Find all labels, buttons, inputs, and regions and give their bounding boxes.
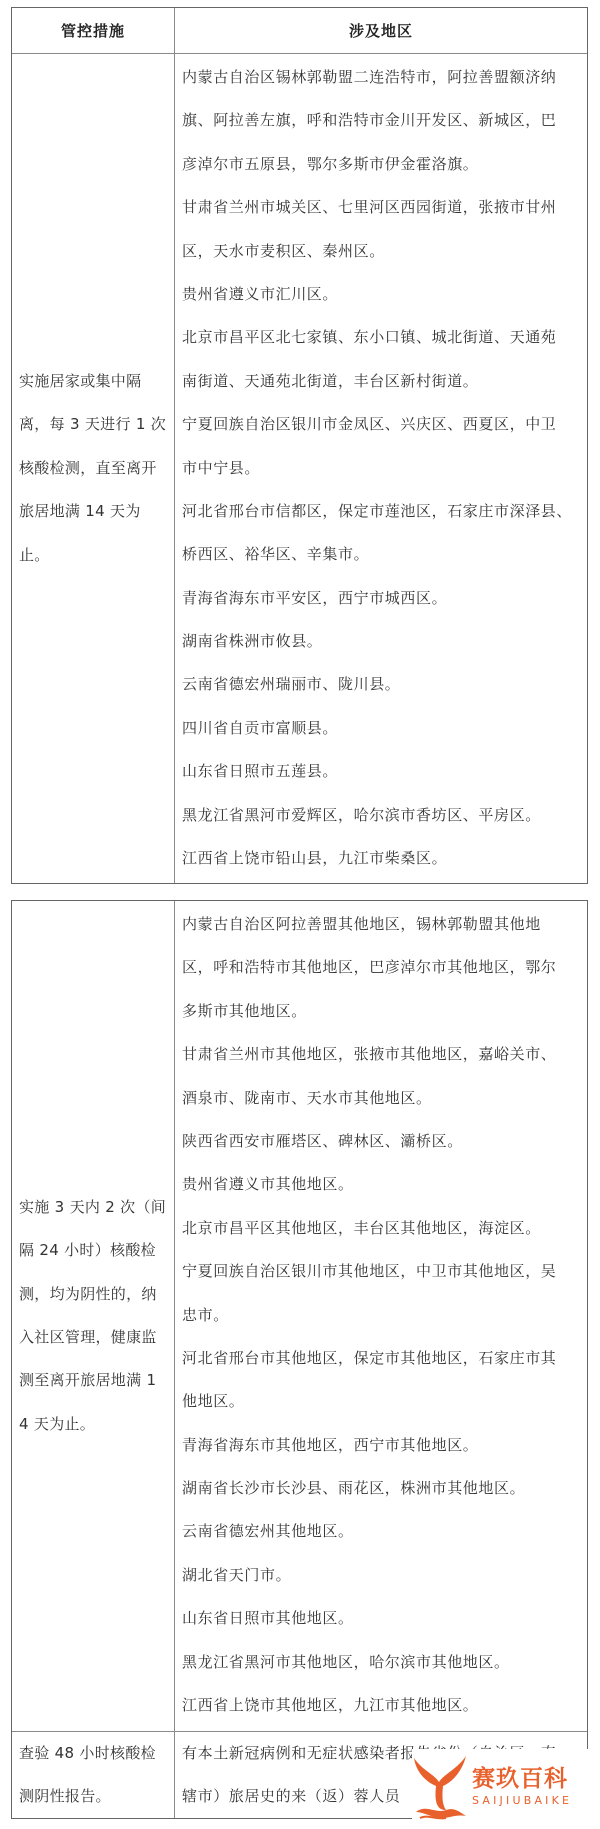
region-line: 北京市昌平区其他地区，丰台区其他地区，海淀区。 <box>182 1207 587 1250</box>
measure-line: 4 天为止。 <box>19 1403 174 1446</box>
region-line: 贵州省遵义市其他地区。 <box>182 1163 587 1206</box>
region-line: 他地区。 <box>182 1380 587 1423</box>
watermark-name-cn: 赛玖百科 <box>472 1765 572 1793</box>
region-line: 忠市。 <box>182 1294 587 1337</box>
region-line: 青海省海东市平安区，西宁市城西区。 <box>182 577 587 620</box>
region-line: 内蒙古自治区锡林郭勒盟二连浩特市，阿拉善盟额济纳 <box>182 56 587 99</box>
watermark: 赛玖百科 SAIJIUBAIKE <box>412 1749 592 1825</box>
region-line: 区，呼和浩特市其他地区，巴彦淖尔市其他地区，鄂尔 <box>182 946 587 989</box>
region-line: 酒泉市、陇南市、天水市其他地区。 <box>182 1077 587 1120</box>
region-line: 宁夏回族自治区银川市其他地区，中卫市其他地区，吴 <box>182 1250 587 1293</box>
watermark-name-en: SAIJIUBAIKE <box>472 1793 572 1809</box>
region-line: 旗、阿拉善左旗，呼和浩特市金川开发区、新城区，巴 <box>182 99 587 142</box>
control-measures-table-2: 实施 3 天内 2 次（间 隔 24 小时）核酸检 测，均为阴性的，纳 入社区管… <box>11 900 588 1819</box>
region-line: 云南省德宏州瑞丽市、陇川县。 <box>182 663 587 706</box>
regions-cell: 内蒙古自治区阿拉善盟其他地区，锡林郭勒盟其他地 区，呼和浩特市其他地区，巴彦淖尔… <box>175 901 587 1731</box>
region-line: 江西省上饶市铅山县，九江市柴桑区。 <box>182 837 587 880</box>
region-line: 湖南省长沙市长沙县、雨花区，株洲市其他地区。 <box>182 1467 587 1510</box>
measure-cell: 查验 48 小时核酸检 测阴性报告。 <box>12 1732 175 1818</box>
region-line: 山东省日照市其他地区。 <box>182 1597 587 1640</box>
region-line: 彦淖尔市五原县，鄂尔多斯市伊金霍洛旗。 <box>182 143 587 186</box>
measure-cell: 实施 3 天内 2 次（间 隔 24 小时）核酸检 测，均为阴性的，纳 入社区管… <box>12 901 175 1731</box>
region-line: 甘肃省兰州市其他地区，张掖市其他地区，嘉峪关市、 <box>182 1033 587 1076</box>
region-line: 甘肃省兰州市城关区、七里河区西园街道，张掖市甘州 <box>182 186 587 229</box>
header-measures: 管控措施 <box>61 20 125 41</box>
measure-line: 实施 3 天内 2 次（间 <box>19 1186 174 1229</box>
whale-tail-logo-icon <box>412 1752 468 1822</box>
region-line: 河北省邢台市其他地区，保定市其他地区，石家庄市其 <box>182 1337 587 1380</box>
region-line: 黑龙江省黑河市其他地区，哈尔滨市其他地区。 <box>182 1641 587 1684</box>
region-line: 南街道、天通苑北街道，丰台区新村街道。 <box>182 360 587 403</box>
measure-line: 止。 <box>19 534 174 577</box>
region-line: 多斯市其他地区。 <box>182 990 587 1033</box>
region-line: 青海省海东市其他地区，西宁市其他地区。 <box>182 1424 587 1467</box>
measure-cell: 实施居家或集中隔 离，每 3 天进行 1 次 核酸检测，直至离开 旅居地满 14… <box>12 54 175 883</box>
region-line: 内蒙古自治区阿拉善盟其他地区，锡林郭勒盟其他地 <box>182 903 587 946</box>
watermark-text: 赛玖百科 SAIJIUBAIKE <box>472 1765 572 1809</box>
table-header-row: 管控措施 涉及地区 <box>12 8 587 53</box>
region-line: 陕西省西安市雁塔区、碑林区、灞桥区。 <box>182 1120 587 1163</box>
measure-line: 查验 48 小时核酸检 <box>19 1732 174 1775</box>
region-line: 云南省德宏州其他地区。 <box>182 1510 587 1553</box>
table-row: 实施 3 天内 2 次（间 隔 24 小时）核酸检 测，均为阴性的，纳 入社区管… <box>12 901 587 1731</box>
measure-line: 隔 24 小时）核酸检 <box>19 1229 174 1272</box>
region-line: 宁夏回族自治区银川市金凤区、兴庆区、西夏区，中卫 <box>182 403 587 446</box>
region-line: 北京市昌平区北七家镇、东小口镇、城北街道、天通苑 <box>182 316 587 359</box>
header-regions-cell: 涉及地区 <box>175 8 587 53</box>
measure-line: 旅居地满 14 天为 <box>19 490 174 533</box>
measure-line: 入社区管理，健康监 <box>19 1316 174 1359</box>
table-row: 实施居家或集中隔 离，每 3 天进行 1 次 核酸检测，直至离开 旅居地满 14… <box>12 53 587 883</box>
measure-line: 离，每 3 天进行 1 次 <box>19 403 174 446</box>
measure-line: 核酸检测，直至离开 <box>19 447 174 490</box>
region-line: 四川省自贡市富顺县。 <box>182 707 587 750</box>
header-measures-cell: 管控措施 <box>12 8 175 53</box>
region-line: 河北省邢台市信都区，保定市莲池区，石家庄市深泽县、 <box>182 490 587 533</box>
region-line: 湖南省株洲市攸县。 <box>182 620 587 663</box>
region-line: 山东省日照市五莲县。 <box>182 750 587 793</box>
control-measures-table-1: 管控措施 涉及地区 实施居家或集中隔 离，每 3 天进行 1 次 核酸检测，直至… <box>11 7 588 884</box>
measure-line: 实施居家或集中隔 <box>19 360 174 403</box>
region-line: 桥西区、裕华区、辛集市。 <box>182 533 587 576</box>
region-line: 市中宁县。 <box>182 447 587 490</box>
region-line: 黑龙江省黑河市爱辉区，哈尔滨市香坊区、平房区。 <box>182 794 587 837</box>
regions-cell: 内蒙古自治区锡林郭勒盟二连浩特市，阿拉善盟额济纳 旗、阿拉善左旗，呼和浩特市金川… <box>175 54 587 883</box>
header-regions: 涉及地区 <box>349 20 413 41</box>
measure-line: 测至离开旅居地满 1 <box>19 1359 174 1402</box>
region-line: 江西省上饶市其他地区，九江市其他地区。 <box>182 1684 587 1727</box>
region-line: 湖北省天门市。 <box>182 1554 587 1597</box>
region-line: 区，天水市麦积区、秦州区。 <box>182 230 587 273</box>
measure-line: 测，均为阴性的，纳 <box>19 1273 174 1316</box>
region-line: 贵州省遵义市汇川区。 <box>182 273 587 316</box>
measure-line: 测阴性报告。 <box>19 1775 174 1818</box>
